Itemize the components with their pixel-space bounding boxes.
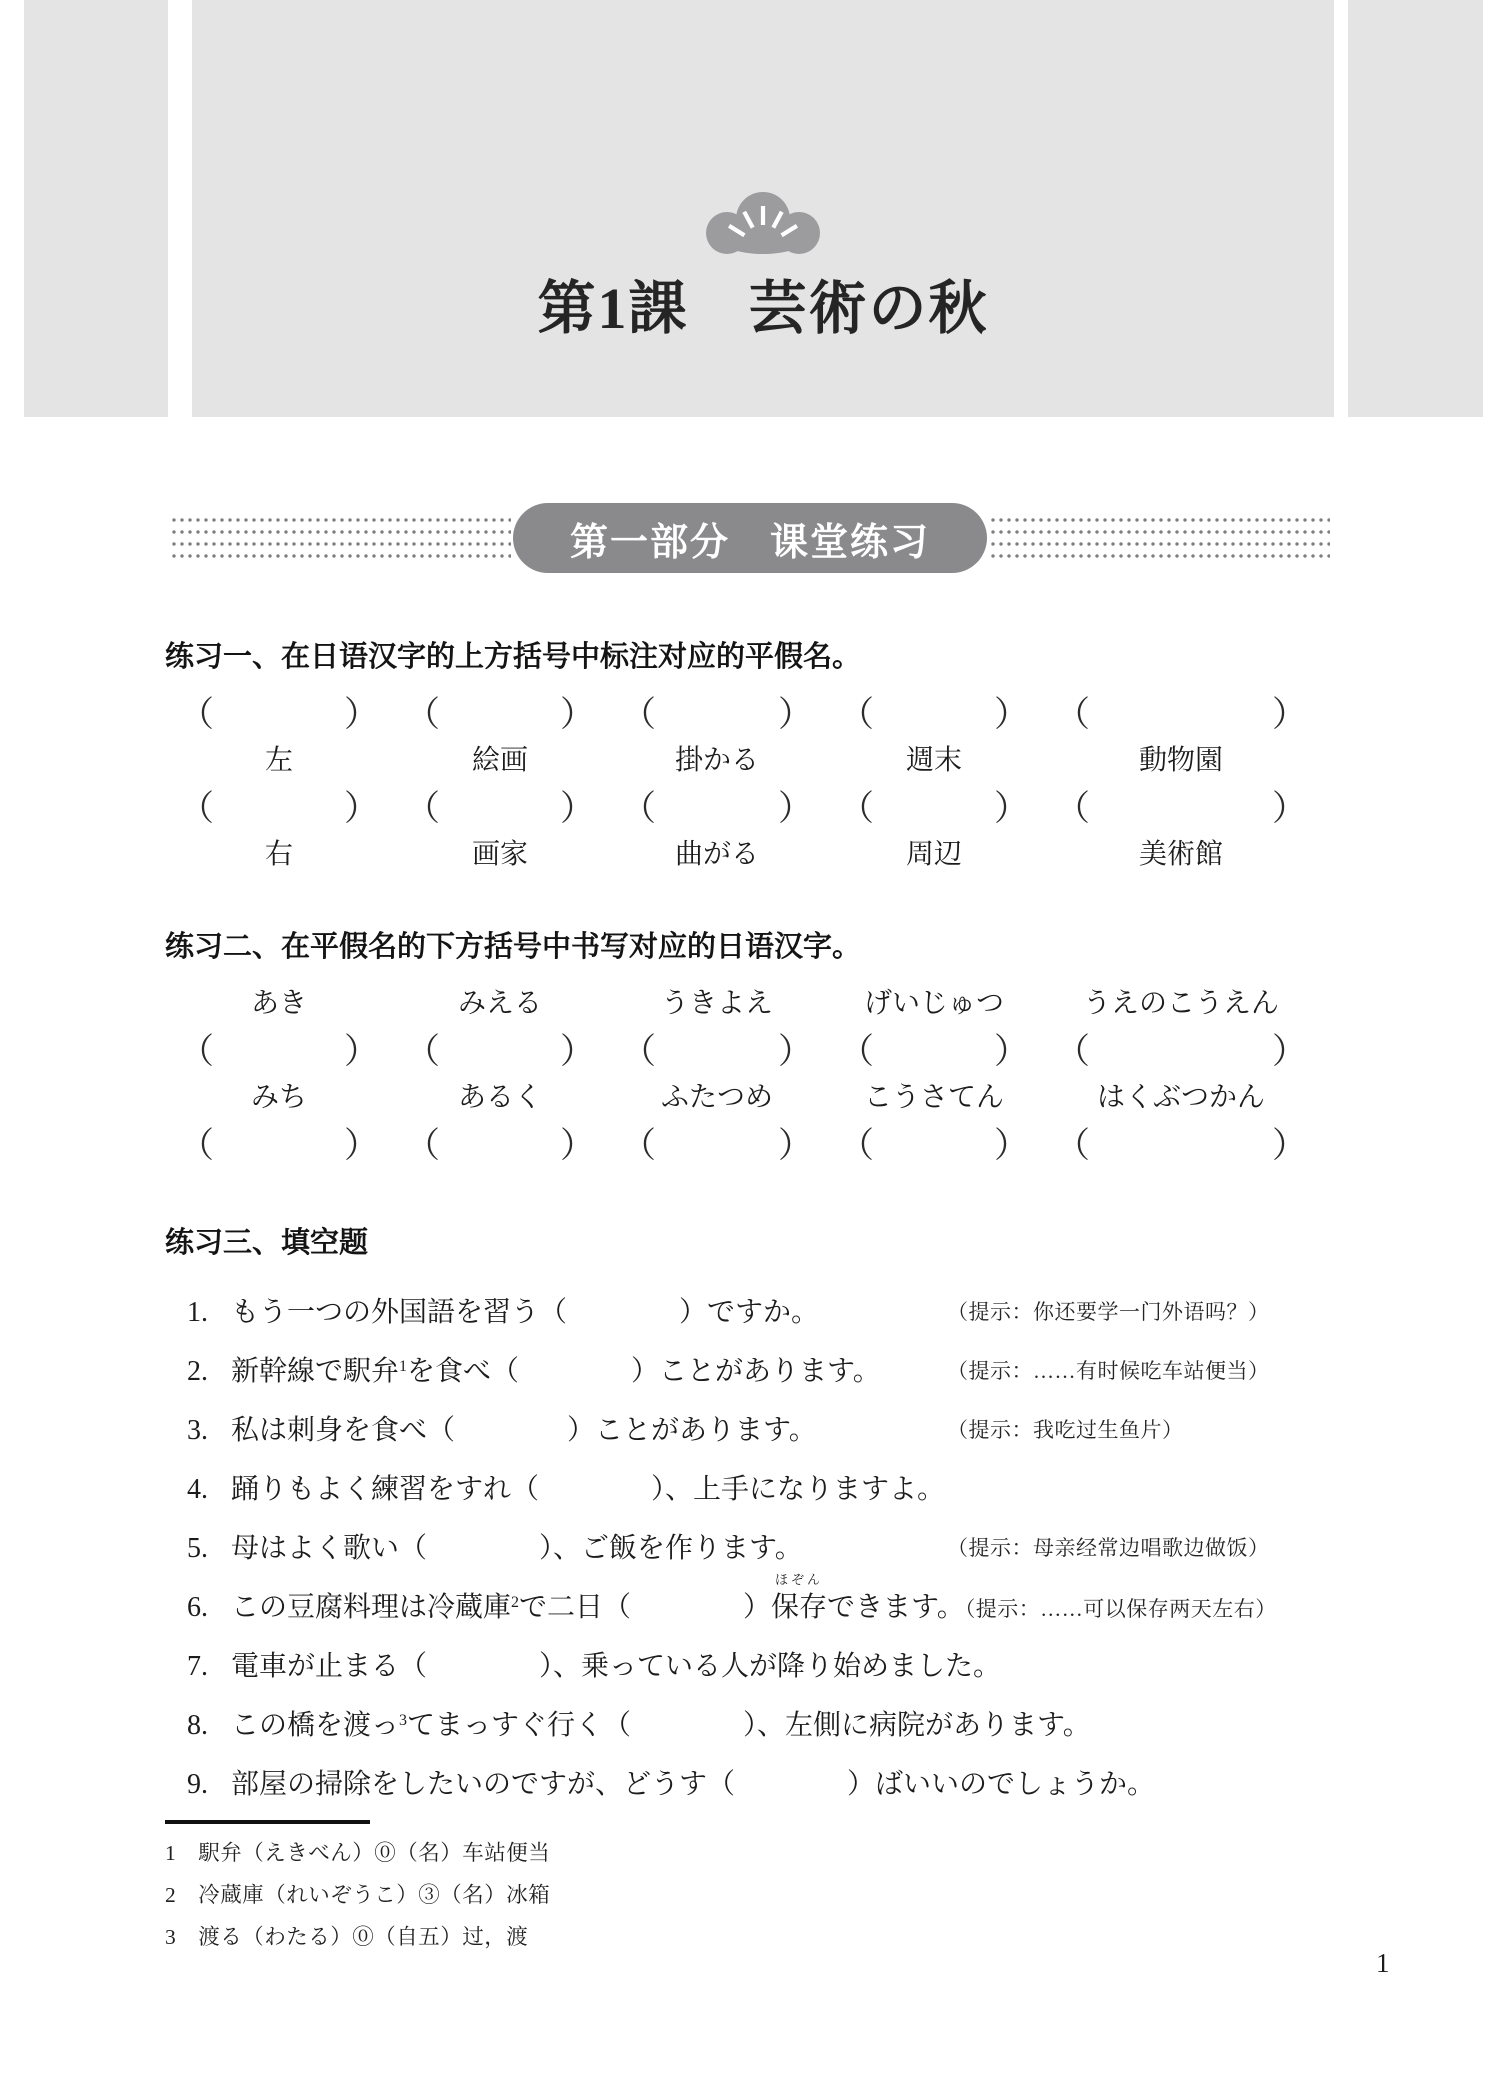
ruby-word: ほぞん保存 — [771, 1578, 827, 1637]
item-sentence: この豆腐料理は冷蔵庫2で二日（ ）ほぞん保存できます。 — [231, 1592, 965, 1623]
word: 美術館 — [1055, 832, 1307, 872]
close-paren: ） — [778, 687, 813, 737]
chinese-hint: （提示：母亲经常边唱歌边做饭） — [947, 1519, 1270, 1578]
page-header: 第1課 芸術の秋 — [0, 0, 1497, 417]
word: こうさてん — [839, 1075, 1029, 1115]
word: 掛かる — [621, 738, 813, 778]
item-sentence: 踊りもよく練習をすれ（ ）、上手になりますよ。 — [231, 1474, 945, 1505]
close-paren: ） — [560, 1024, 595, 1074]
paren-row: （）（）（）（）（） — [179, 687, 1335, 734]
footnote-line: 3 渡る（わたる）⓪（自五）过，渡 — [165, 1916, 1335, 1958]
word-row: あきみえるうきよえげいじゅつうえのこうえん — [179, 977, 1335, 1024]
open-paren: （ — [839, 1118, 874, 1168]
item-number: 8. — [187, 1696, 231, 1755]
word: 動物園 — [1055, 738, 1307, 778]
open-paren: （ — [621, 781, 656, 831]
furigana: ほぞん — [775, 1573, 823, 1586]
open-paren: （ — [1055, 781, 1090, 831]
close-paren: ） — [344, 1024, 379, 1074]
word: 右 — [179, 832, 379, 872]
answer-slot: （） — [621, 781, 813, 831]
answer-slot: （） — [1055, 1024, 1307, 1074]
open-paren: （ — [1055, 687, 1090, 737]
answer-slot: （） — [1055, 781, 1307, 831]
open-paren: （ — [179, 1118, 214, 1168]
exercise3-heading: 练习三、填空题 — [165, 1223, 1335, 1263]
lesson-title: 第1課 芸術の秋 — [192, 272, 1334, 346]
word: 画家 — [405, 832, 595, 872]
chinese-hint: （提示：你还要学一门外语吗？） — [947, 1283, 1270, 1342]
answer-slot: （） — [179, 1118, 379, 1168]
word: みち — [179, 1075, 379, 1115]
item-sentence: 電車が止まる（ ）、乗っている人が降り始めました。 — [231, 1651, 1001, 1682]
exercise2-heading: 练习二、在平假名的下方括号中书写对应的日语汉字。 — [165, 927, 1335, 967]
open-paren: （ — [621, 687, 656, 737]
open-paren: （ — [1055, 1024, 1090, 1074]
item-number: 4. — [187, 1460, 231, 1519]
open-paren: （ — [179, 1024, 214, 1074]
word: 週末 — [839, 738, 1029, 778]
open-paren: （ — [839, 781, 874, 831]
word: うえのこうえん — [1055, 981, 1307, 1021]
footnote-line: 1 駅弁（えきべん）⓪（名）车站便当 — [165, 1832, 1335, 1874]
open-paren: （ — [179, 781, 214, 831]
ruby-base: 保存 — [771, 1592, 827, 1623]
answer-slot: （） — [179, 1024, 379, 1074]
item-number: 2. — [187, 1342, 231, 1401]
open-paren: （ — [1055, 1118, 1090, 1168]
exercise1-heading: 练习一、在日语汉字的上方括号中标注对应的平假名。 — [165, 637, 1335, 677]
item-sentence: もう一つの外国語を習う（ ）ですか。 — [231, 1297, 819, 1328]
word: 絵画 — [405, 738, 595, 778]
header-band-right — [1348, 0, 1483, 417]
dotted-leader-left — [170, 514, 511, 562]
fill-blank-item: 1.もう一つの外国語を習う（ ）ですか。（提示：你还要学一门外语吗？） — [165, 1283, 1335, 1342]
footnote-line: 2 冷蔵庫（れいぞうこ）③（名）冰箱 — [165, 1874, 1335, 1916]
chinese-hint: （提示：……有时候吃车站便当） — [947, 1342, 1270, 1401]
dotted-leader-right — [989, 514, 1330, 562]
answer-slot: （） — [839, 1024, 1029, 1074]
close-paren: ） — [344, 781, 379, 831]
exercise1-grid: （）（）（）（）（）左絵画掛かる週末動物園（）（）（）（）（）右画家曲がる周辺美… — [165, 687, 1335, 875]
word-row: みちあるくふたつめこうさてんはくぶつかん — [179, 1071, 1335, 1118]
item-number: 7. — [187, 1637, 231, 1696]
header-band-left — [24, 0, 168, 417]
word: 周辺 — [839, 832, 1029, 872]
item-sentence: 私は刺身を食べ（ ）ことがあります。 — [231, 1415, 817, 1446]
close-paren: ） — [1272, 1024, 1307, 1074]
fill-blank-item: 2.新幹線で駅弁1を食べ（ ）ことがあります。（提示：……有时候吃车站便当） — [165, 1342, 1335, 1401]
fill-blank-item: 3.私は刺身を食べ（ ）ことがあります。（提示：我吃过生鱼片） — [165, 1401, 1335, 1460]
exercise2-grid: あきみえるうきよえげいじゅつうえのこうえん（）（）（）（）（）みちあるくふたつめ… — [165, 977, 1335, 1165]
close-paren: ） — [994, 687, 1029, 737]
item-sentence: 新幹線で駅弁1を食べ（ ）ことがあります。 — [231, 1356, 881, 1387]
close-paren: ） — [994, 1024, 1029, 1074]
close-paren: ） — [1272, 1118, 1307, 1168]
chinese-hint: （提示：……可以保存两天左右） — [965, 1597, 1277, 1621]
paren-row: （）（）（）（）（） — [179, 781, 1335, 828]
word: 左 — [179, 738, 379, 778]
paren-row: （）（）（）（）（） — [179, 1024, 1335, 1071]
close-paren: ） — [778, 1118, 813, 1168]
close-paren: ） — [1272, 781, 1307, 831]
footnote-ref: 3 — [399, 1712, 407, 1729]
answer-slot: （） — [621, 687, 813, 737]
answer-slot: （） — [179, 687, 379, 737]
fill-blank-item: 9.部屋の掃除をしたいのですが、どうす（ ）ばいいのでしょうか。 — [165, 1755, 1335, 1814]
workbook-page: 第1課 芸術の秋 第一部分 课堂练习 练习一、在日语汉字的上方括号中标注对应的平… — [0, 0, 1497, 2092]
fill-blank-item: 5.母はよく歌い（ ）、ご飯を作ります。（提示：母亲经常边唱歌边做饭） — [165, 1519, 1335, 1578]
close-paren: ） — [778, 1024, 813, 1074]
open-paren: （ — [839, 687, 874, 737]
fill-blank-item: 7.電車が止まる（ ）、乗っている人が降り始めました。 — [165, 1637, 1335, 1696]
paren-row: （）（）（）（）（） — [179, 1118, 1335, 1165]
answer-slot: （） — [839, 781, 1029, 831]
word: ふたつめ — [621, 1075, 813, 1115]
answer-slot: （） — [1055, 687, 1307, 737]
fill-blank-item: 6.この豆腐料理は冷蔵庫2で二日（ ）ほぞん保存できます。（提示：……可以保存两… — [165, 1578, 1335, 1637]
page-number: 1 — [1376, 1948, 1390, 1979]
item-number: 3. — [187, 1401, 231, 1460]
footnote-rule — [165, 1820, 370, 1824]
answer-slot: （） — [839, 1118, 1029, 1168]
close-paren: ） — [560, 1118, 595, 1168]
close-paren: ） — [560, 781, 595, 831]
open-paren: （ — [405, 1024, 440, 1074]
page-content: 练习一、在日语汉字的上方括号中标注对应的平假名。 （）（）（）（）（）左絵画掛か… — [165, 573, 1335, 1958]
item-sentence: 部屋の掃除をしたいのですが、どうす（ ）ばいいのでしょうか。 — [231, 1769, 1155, 1800]
word-row: 左絵画掛かる週末動物園 — [179, 734, 1335, 781]
close-paren: ） — [778, 781, 813, 831]
open-paren: （ — [179, 687, 214, 737]
footnote-ref: 1 — [399, 1358, 407, 1375]
close-paren: ） — [994, 1118, 1029, 1168]
word: うきよえ — [621, 981, 813, 1021]
close-paren: ） — [1272, 687, 1307, 737]
open-paren: （ — [839, 1024, 874, 1074]
cloud-icon — [698, 191, 828, 255]
word: 曲がる — [621, 832, 813, 872]
open-paren: （ — [621, 1118, 656, 1168]
item-number: 9. — [187, 1755, 231, 1814]
close-paren: ） — [344, 1118, 379, 1168]
section-banner: 第一部分 课堂练习 — [170, 503, 1330, 573]
answer-slot: （） — [405, 781, 595, 831]
exercise3-items: 1.もう一つの外国語を習う（ ）ですか。（提示：你还要学一门外语吗？）2.新幹線… — [165, 1283, 1335, 1814]
item-number: 6. — [187, 1578, 231, 1637]
word: はくぶつかん — [1055, 1075, 1307, 1115]
footnote-ref: 2 — [511, 1594, 519, 1611]
item-number: 1. — [187, 1283, 231, 1342]
open-paren: （ — [621, 1024, 656, 1074]
answer-slot: （） — [621, 1024, 813, 1074]
open-paren: （ — [405, 687, 440, 737]
word: あき — [179, 981, 379, 1021]
footnotes: 1 駅弁（えきべん）⓪（名）车站便当2 冷蔵庫（れいぞうこ）③（名）冰箱3 渡る… — [165, 1832, 1335, 1958]
answer-slot: （） — [1055, 1118, 1307, 1168]
open-paren: （ — [405, 781, 440, 831]
answer-slot: （） — [405, 1118, 595, 1168]
open-paren: （ — [405, 1118, 440, 1168]
answer-slot: （） — [405, 1024, 595, 1074]
word: あるく — [405, 1075, 595, 1115]
answer-slot: （） — [839, 687, 1029, 737]
section-badge: 第一部分 课堂练习 — [513, 503, 987, 573]
close-paren: ） — [344, 687, 379, 737]
fill-blank-item: 8.この橋を渡っ3てまっすぐ行く（ ）、左側に病院があります。 — [165, 1696, 1335, 1755]
answer-slot: （） — [405, 687, 595, 737]
answer-slot: （） — [179, 781, 379, 831]
item-sentence: 母はよく歌い（ ）、ご飯を作ります。 — [231, 1533, 803, 1564]
item-number: 5. — [187, 1519, 231, 1578]
fill-blank-item: 4.踊りもよく練習をすれ（ ）、上手になりますよ。 — [165, 1460, 1335, 1519]
close-paren: ） — [994, 781, 1029, 831]
word: みえる — [405, 981, 595, 1021]
item-sentence: この橋を渡っ3てまっすぐ行く（ ）、左側に病院があります。 — [231, 1710, 1091, 1741]
word: げいじゅつ — [839, 981, 1029, 1021]
chinese-hint: （提示：我吃过生鱼片） — [947, 1401, 1184, 1460]
word-row: 右画家曲がる周辺美術館 — [179, 828, 1335, 875]
answer-slot: （） — [621, 1118, 813, 1168]
close-paren: ） — [560, 687, 595, 737]
